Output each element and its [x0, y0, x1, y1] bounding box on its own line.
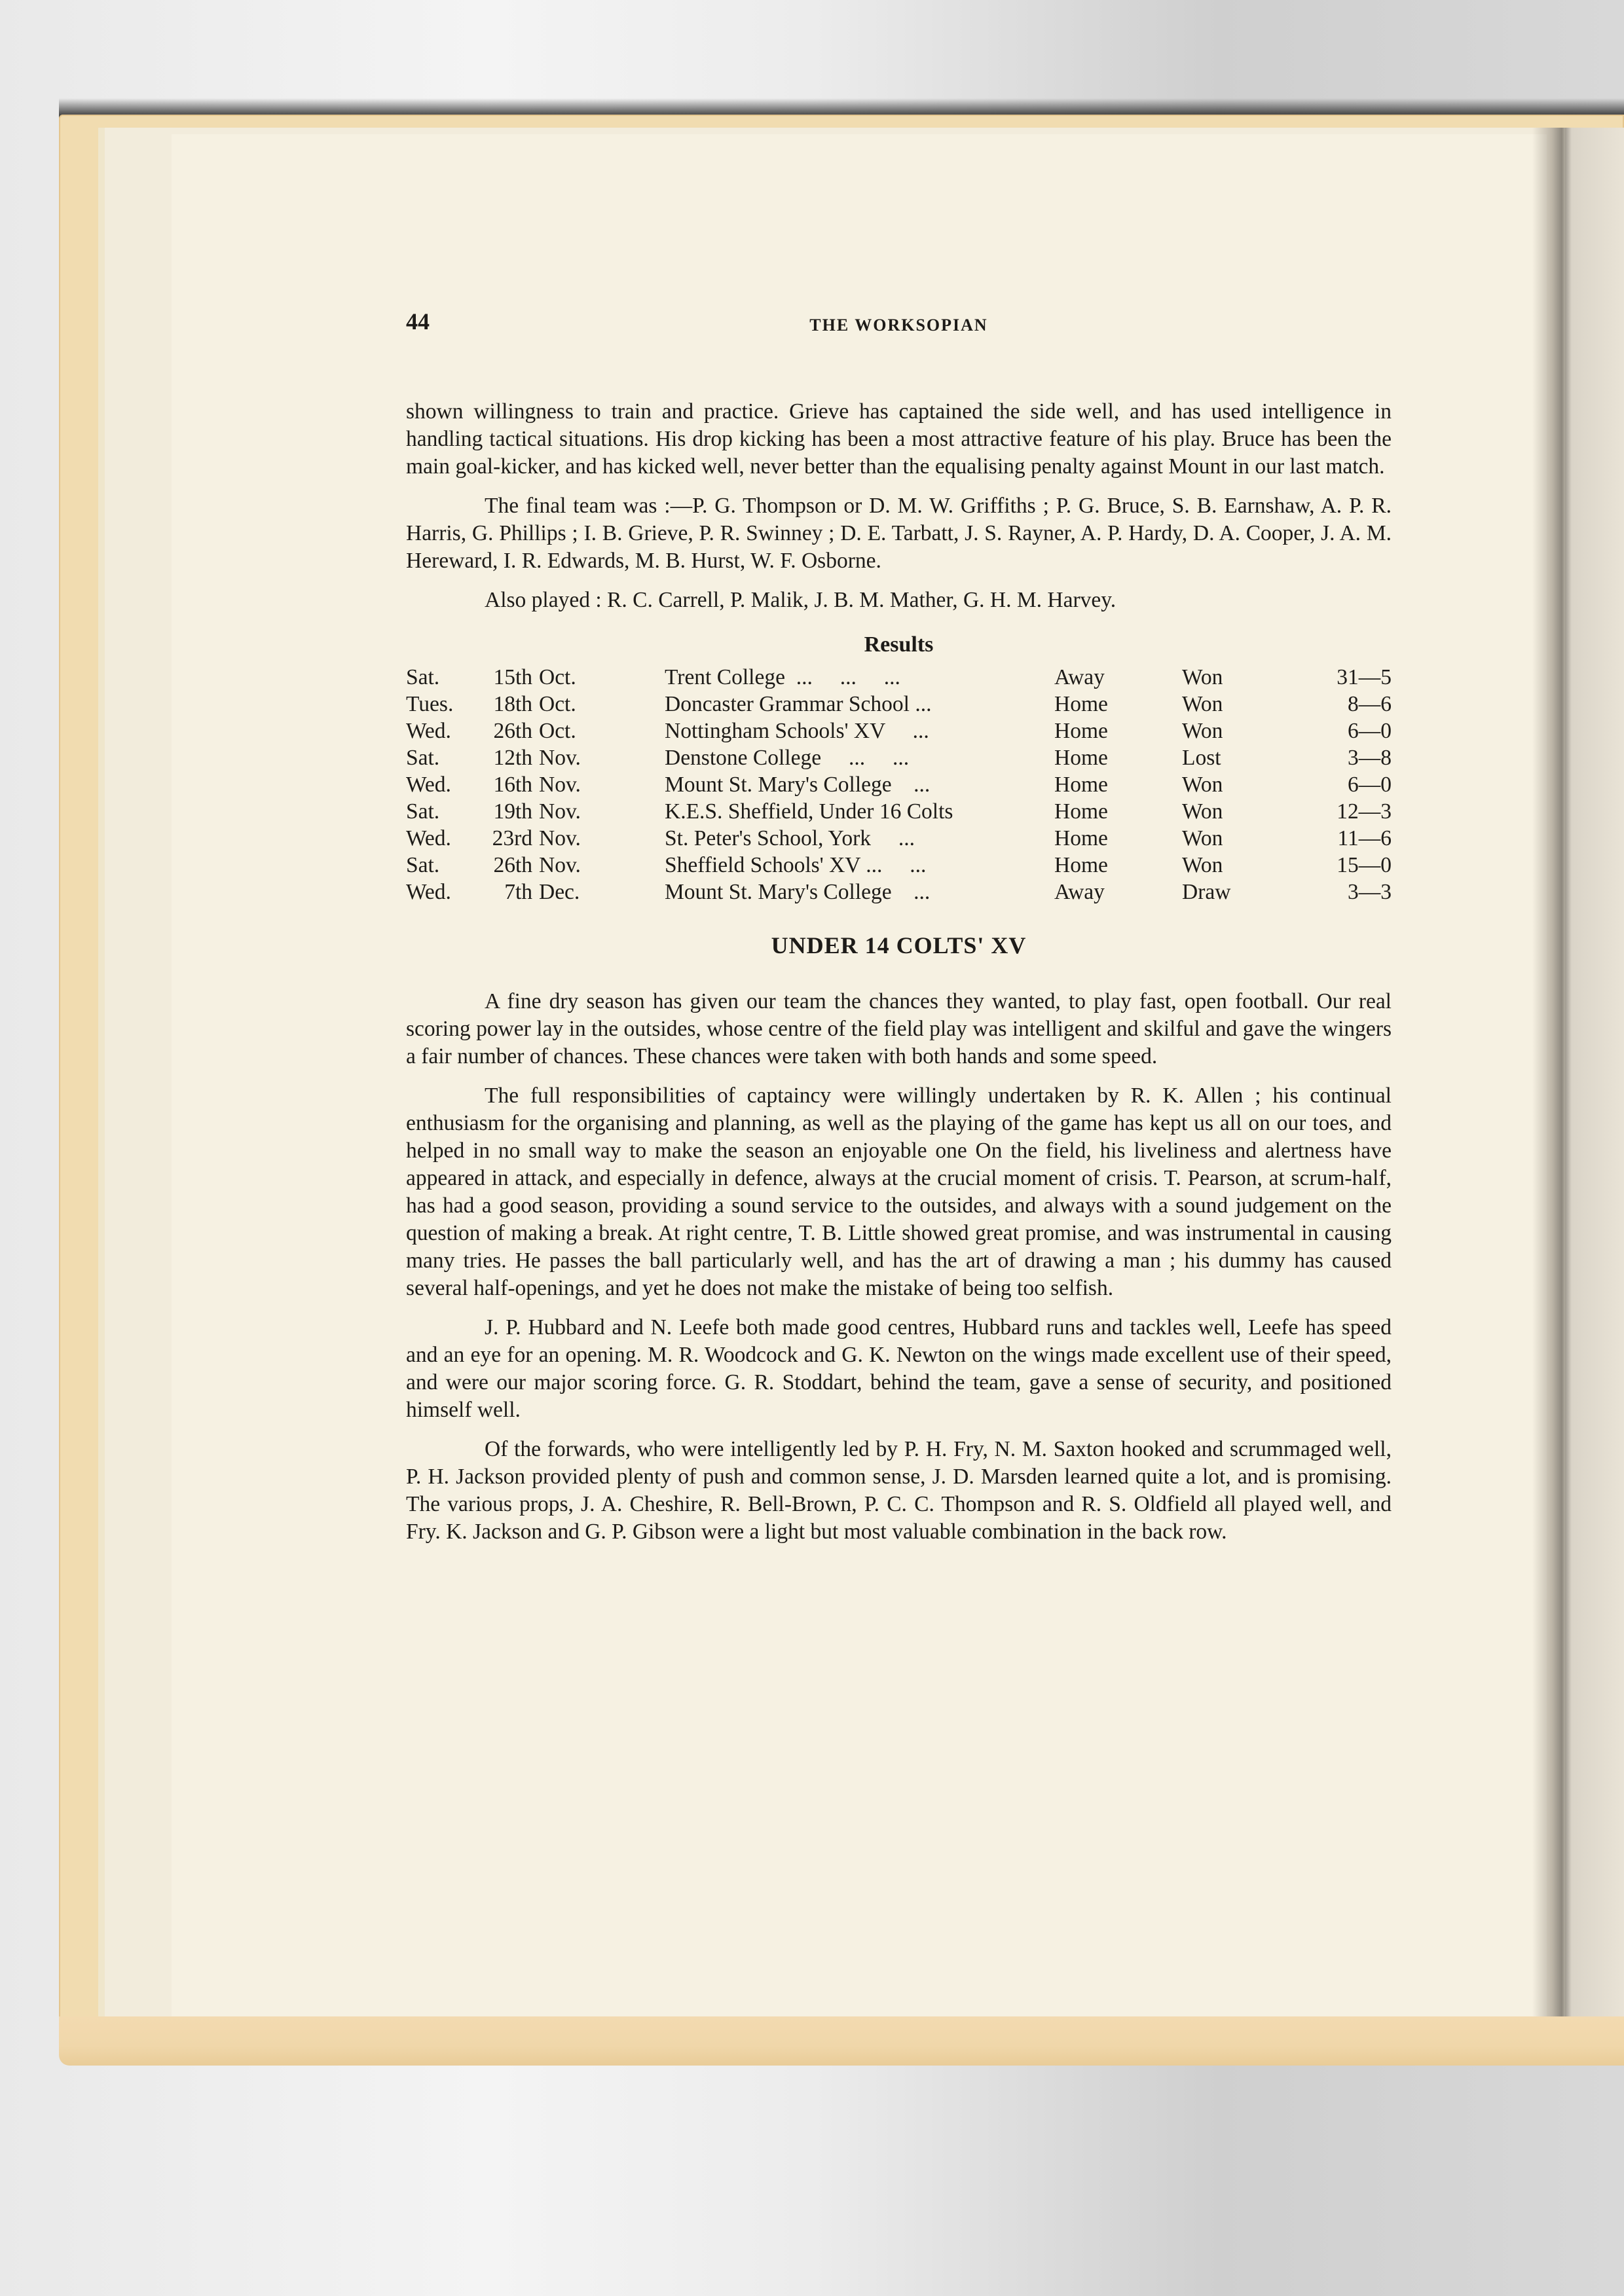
result-month: Oct. [539, 691, 665, 718]
final-team-paragraph: The final team was :—P. G. Thompson or D… [406, 492, 1392, 575]
result-score: 11—6 [1280, 825, 1392, 852]
results-row: Wed.7thDec.Mount St. Mary's College ...A… [406, 879, 1392, 905]
results-row: Wed.16thNov.Mount St. Mary's College ...… [406, 771, 1392, 798]
result-day: Sat. [406, 852, 488, 879]
results-row: Tues.18thOct.Doncaster Grammar School ..… [406, 691, 1392, 718]
result-month: Nov. [539, 771, 665, 798]
results-row: Sat.26thNov.Sheffield Schools' XV ... ..… [406, 852, 1392, 879]
result-month: Nov. [539, 744, 665, 771]
result-opponent: St. Peter's School, York ... [665, 825, 1054, 852]
facing-page [1565, 128, 1624, 2020]
result-date: 12th [488, 744, 539, 771]
results-row: Sat.15thOct.Trent College ... ... ...Awa… [406, 664, 1392, 691]
result-outcome: Won [1182, 825, 1280, 852]
result-venue: Away [1054, 664, 1182, 691]
book-bottom-edge [59, 2016, 1624, 2066]
running-head: 44 THE WORKSOPIAN [406, 308, 1392, 347]
colts-paragraph-2: The full responsibilities of captaincy w… [406, 1082, 1392, 1302]
result-month: Nov. [539, 852, 665, 879]
result-score: 15—0 [1280, 852, 1392, 879]
result-day: Sat. [406, 744, 488, 771]
result-venue: Home [1054, 691, 1182, 718]
result-month: Nov. [539, 798, 665, 825]
result-day: Sat. [406, 664, 488, 691]
result-venue: Away [1054, 879, 1182, 905]
result-opponent: Doncaster Grammar School ... [665, 691, 1054, 718]
result-opponent: K.E.S. Sheffield, Under 16 Colts [665, 798, 1054, 825]
result-opponent: Mount St. Mary's College ... [665, 771, 1054, 798]
result-date: 18th [488, 691, 539, 718]
result-date: 15th [488, 664, 539, 691]
results-row: Sat.19thNov.K.E.S. Sheffield, Under 16 C… [406, 798, 1392, 825]
journal-title: THE WORKSOPIAN [406, 312, 1392, 339]
result-opponent: Sheffield Schools' XV ... ... [665, 852, 1054, 879]
result-score: 6—0 [1280, 771, 1392, 798]
result-date: 16th [488, 771, 539, 798]
result-opponent: Trent College ... ... ... [665, 664, 1054, 691]
result-day: Wed. [406, 718, 488, 744]
result-venue: Home [1054, 852, 1182, 879]
page-content: 44 THE WORKSOPIAN shown willingness to t… [406, 308, 1392, 1546]
result-date: 26th [488, 852, 539, 879]
results-row: Wed.23rdNov.St. Peter's School, York ...… [406, 825, 1392, 852]
result-outcome: Won [1182, 852, 1280, 879]
result-month: Dec. [539, 879, 665, 905]
results-row: Sat.12thNov.Denstone College ... ...Home… [406, 744, 1392, 771]
result-opponent: Nottingham Schools' XV ... [665, 718, 1054, 744]
colts-paragraph-3: J. P. Hubbard and N. Leefe both made goo… [406, 1314, 1392, 1424]
result-venue: Home [1054, 718, 1182, 744]
colts-heading: UNDER 14 COLTS' XV [406, 932, 1392, 959]
book-gutter [1532, 128, 1572, 2020]
result-month: Nov. [539, 825, 665, 852]
result-opponent: Denstone College ... ... [665, 744, 1054, 771]
result-day: Tues. [406, 691, 488, 718]
also-played-paragraph: Also played : R. C. Carrell, P. Malik, J… [406, 587, 1392, 614]
result-score: 12—3 [1280, 798, 1392, 825]
results-heading: Results [406, 631, 1392, 659]
result-outcome: Won [1182, 798, 1280, 825]
result-date: 23rd [488, 825, 539, 852]
results-table: Sat.15thOct.Trent College ... ... ...Awa… [406, 664, 1392, 905]
result-score: 6—0 [1280, 718, 1392, 744]
result-outcome: Won [1182, 691, 1280, 718]
result-outcome: Won [1182, 664, 1280, 691]
result-day: Wed. [406, 825, 488, 852]
result-day: Wed. [406, 771, 488, 798]
result-score: 3—8 [1280, 744, 1392, 771]
result-score: 31—5 [1280, 664, 1392, 691]
result-date: 26th [488, 718, 539, 744]
result-month: Oct. [539, 718, 665, 744]
result-day: Sat. [406, 798, 488, 825]
colts-paragraph-4: Of the forwards, who were intelligently … [406, 1436, 1392, 1546]
result-score: 8—6 [1280, 691, 1392, 718]
result-outcome: Lost [1182, 744, 1280, 771]
result-outcome: Won [1182, 718, 1280, 744]
result-venue: Home [1054, 744, 1182, 771]
result-date: 19th [488, 798, 539, 825]
senior-paragraph-1: shown willingness to train and practice.… [406, 398, 1392, 481]
colts-paragraph-1: A fine dry season has given our team the… [406, 988, 1392, 1070]
result-date: 7th [488, 879, 539, 905]
result-venue: Home [1054, 771, 1182, 798]
results-row: Wed.26thOct.Nottingham Schools' XV ...Ho… [406, 718, 1392, 744]
result-venue: Home [1054, 798, 1182, 825]
result-month: Oct. [539, 664, 665, 691]
result-outcome: Won [1182, 771, 1280, 798]
result-outcome: Draw [1182, 879, 1280, 905]
result-opponent: Mount St. Mary's College ... [665, 879, 1054, 905]
result-score: 3—3 [1280, 879, 1392, 905]
result-venue: Home [1054, 825, 1182, 852]
result-day: Wed. [406, 879, 488, 905]
